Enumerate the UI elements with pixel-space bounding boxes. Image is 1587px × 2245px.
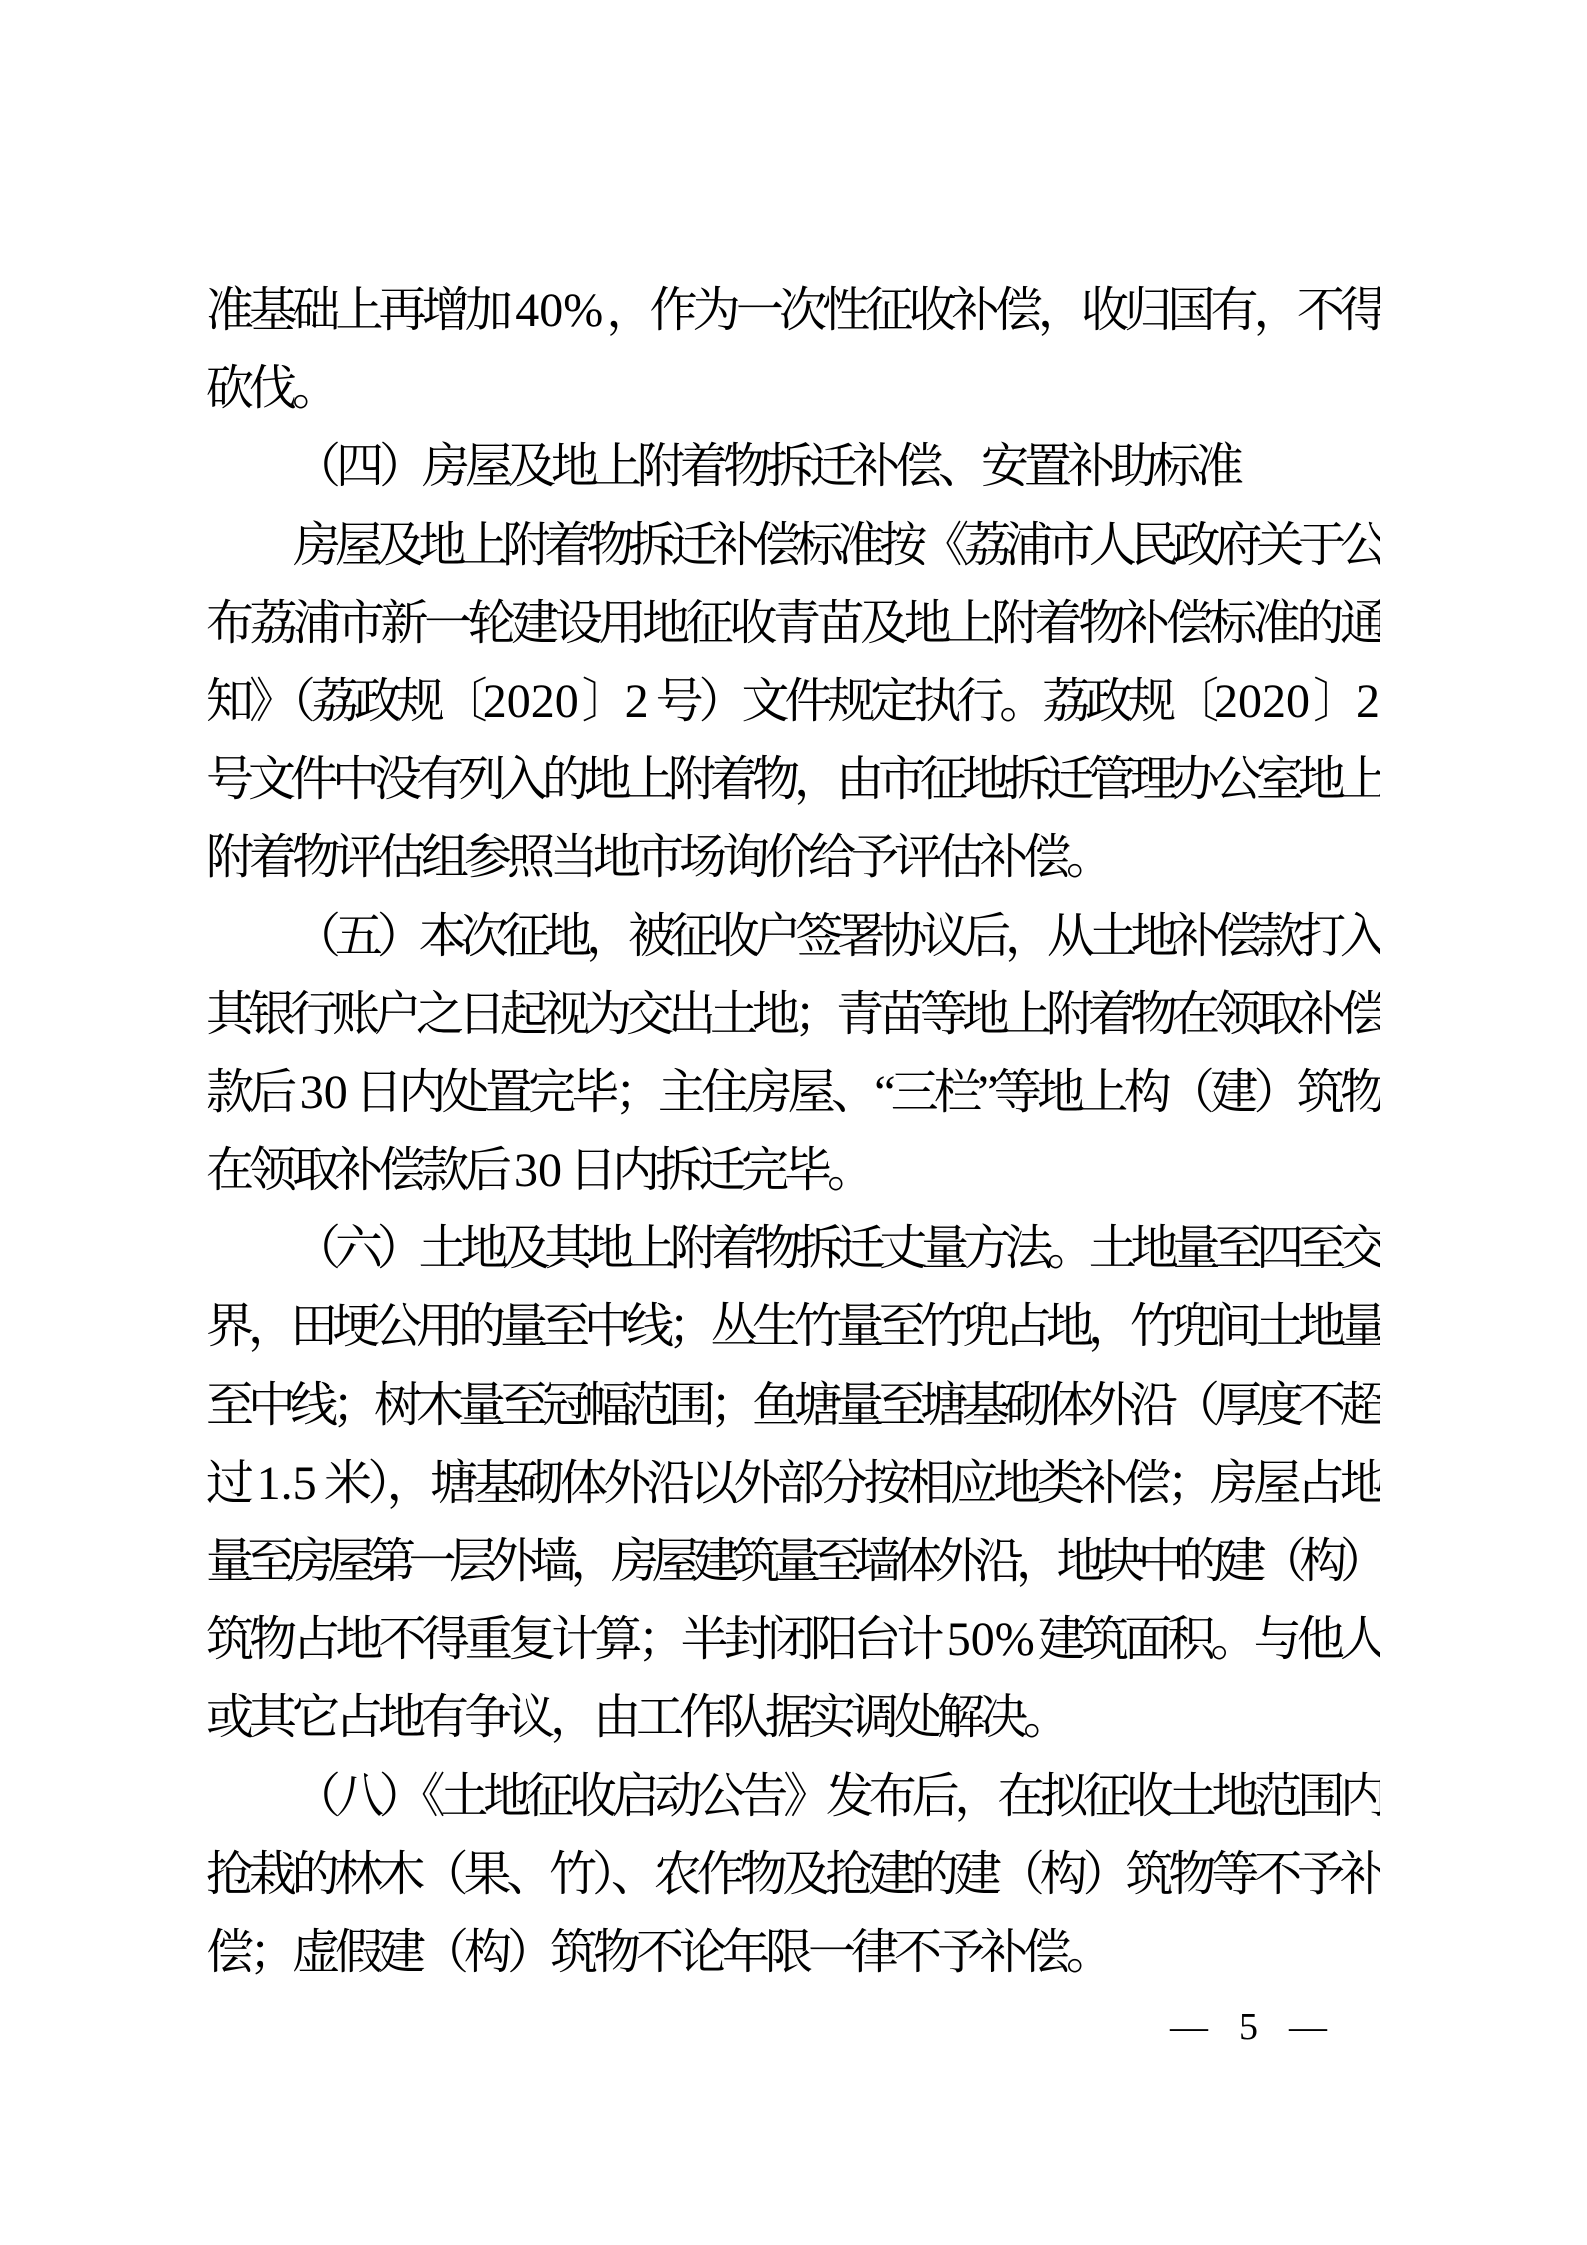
text-line: （六）土地及其地上附着物拆迁丈量方法。土地量至四至交: [206, 1210, 1380, 1288]
text-line: 过 1.5 米），塘基砌体外沿以外部分按相应地类补偿；房屋占地: [206, 1445, 1380, 1523]
text-line: 知》（荔政规〔2020〕2 号）文件规定执行。荔政规〔2020〕2: [206, 663, 1380, 741]
text-line: 号文件中没有列入的地上附着物，由市征地拆迁管理办公室地上: [206, 741, 1380, 819]
text-line: 至中线；树木量至冠幅范围；鱼塘量至塘基砌体外沿（厚度不超: [206, 1367, 1380, 1445]
text-line: 偿；虚假建（构）筑物不论年限一律不予补偿。: [206, 1914, 1380, 1992]
text-line: （五）本次征地，被征收户签署协议后，从土地补偿款打入: [206, 898, 1380, 976]
page-number-dash-left: —: [1170, 2006, 1208, 2048]
document-body: 准基础上再增加 40%，作为一次性征收补偿，收归国有，不得 砍伐。 （四）房屋及…: [206, 272, 1380, 1992]
page-number-value: 5: [1239, 2006, 1258, 2048]
text-line: 在领取补偿款后 30 日内拆迁完毕。: [206, 1132, 1380, 1210]
text-line: 房屋及地上附着物拆迁补偿标准按《荔浦市人民政府关于公: [206, 507, 1380, 585]
text-line: 或其它占地有争议，由工作队据实调处解决。: [206, 1679, 1380, 1757]
text-line: （八）《土地征收启动公告》发布后，在拟征收土地范围内: [206, 1758, 1380, 1836]
text-line: 准基础上再增加 40%，作为一次性征收补偿，收归国有，不得: [206, 272, 1380, 350]
text-line: 砍伐。: [206, 350, 1380, 428]
page-number: — 5 —: [1170, 2006, 1327, 2048]
text-line: 界，田埂公用的量至中线；丛生竹量至竹兜占地，竹兜间土地量: [206, 1288, 1380, 1366]
text-line: 布荔浦市新一轮建设用地征收青苗及地上附着物补偿标准的通: [206, 585, 1380, 663]
text-line: 其银行账户之日起视为交出土地；青苗等地上附着物在领取补偿: [206, 976, 1380, 1054]
document-page: 准基础上再增加 40%，作为一次性征收补偿，收归国有，不得 砍伐。 （四）房屋及…: [0, 0, 1587, 2245]
text-line: 附着物评估组参照当地市场询价给予评估补偿。: [206, 819, 1380, 897]
page-number-dash-right: —: [1289, 2006, 1327, 2048]
text-line: 量至房屋第一层外墙，房屋建筑量至墙体外沿，地块中的建（构）: [206, 1523, 1380, 1601]
text-line: 款后 30 日内处置完毕；主住房屋、“三栏”等地上构（建）筑物: [206, 1054, 1380, 1132]
text-line: 筑物占地不得重复计算；半封闭阳台计 50%建筑面积。与他人: [206, 1601, 1380, 1679]
text-line: 抢栽的林木（果、竹）、农作物及抢建的建（构）筑物等不予补: [206, 1836, 1380, 1914]
heading-item-4: （四）房屋及地上附着物拆迁补偿、安置补助标准: [206, 428, 1380, 506]
